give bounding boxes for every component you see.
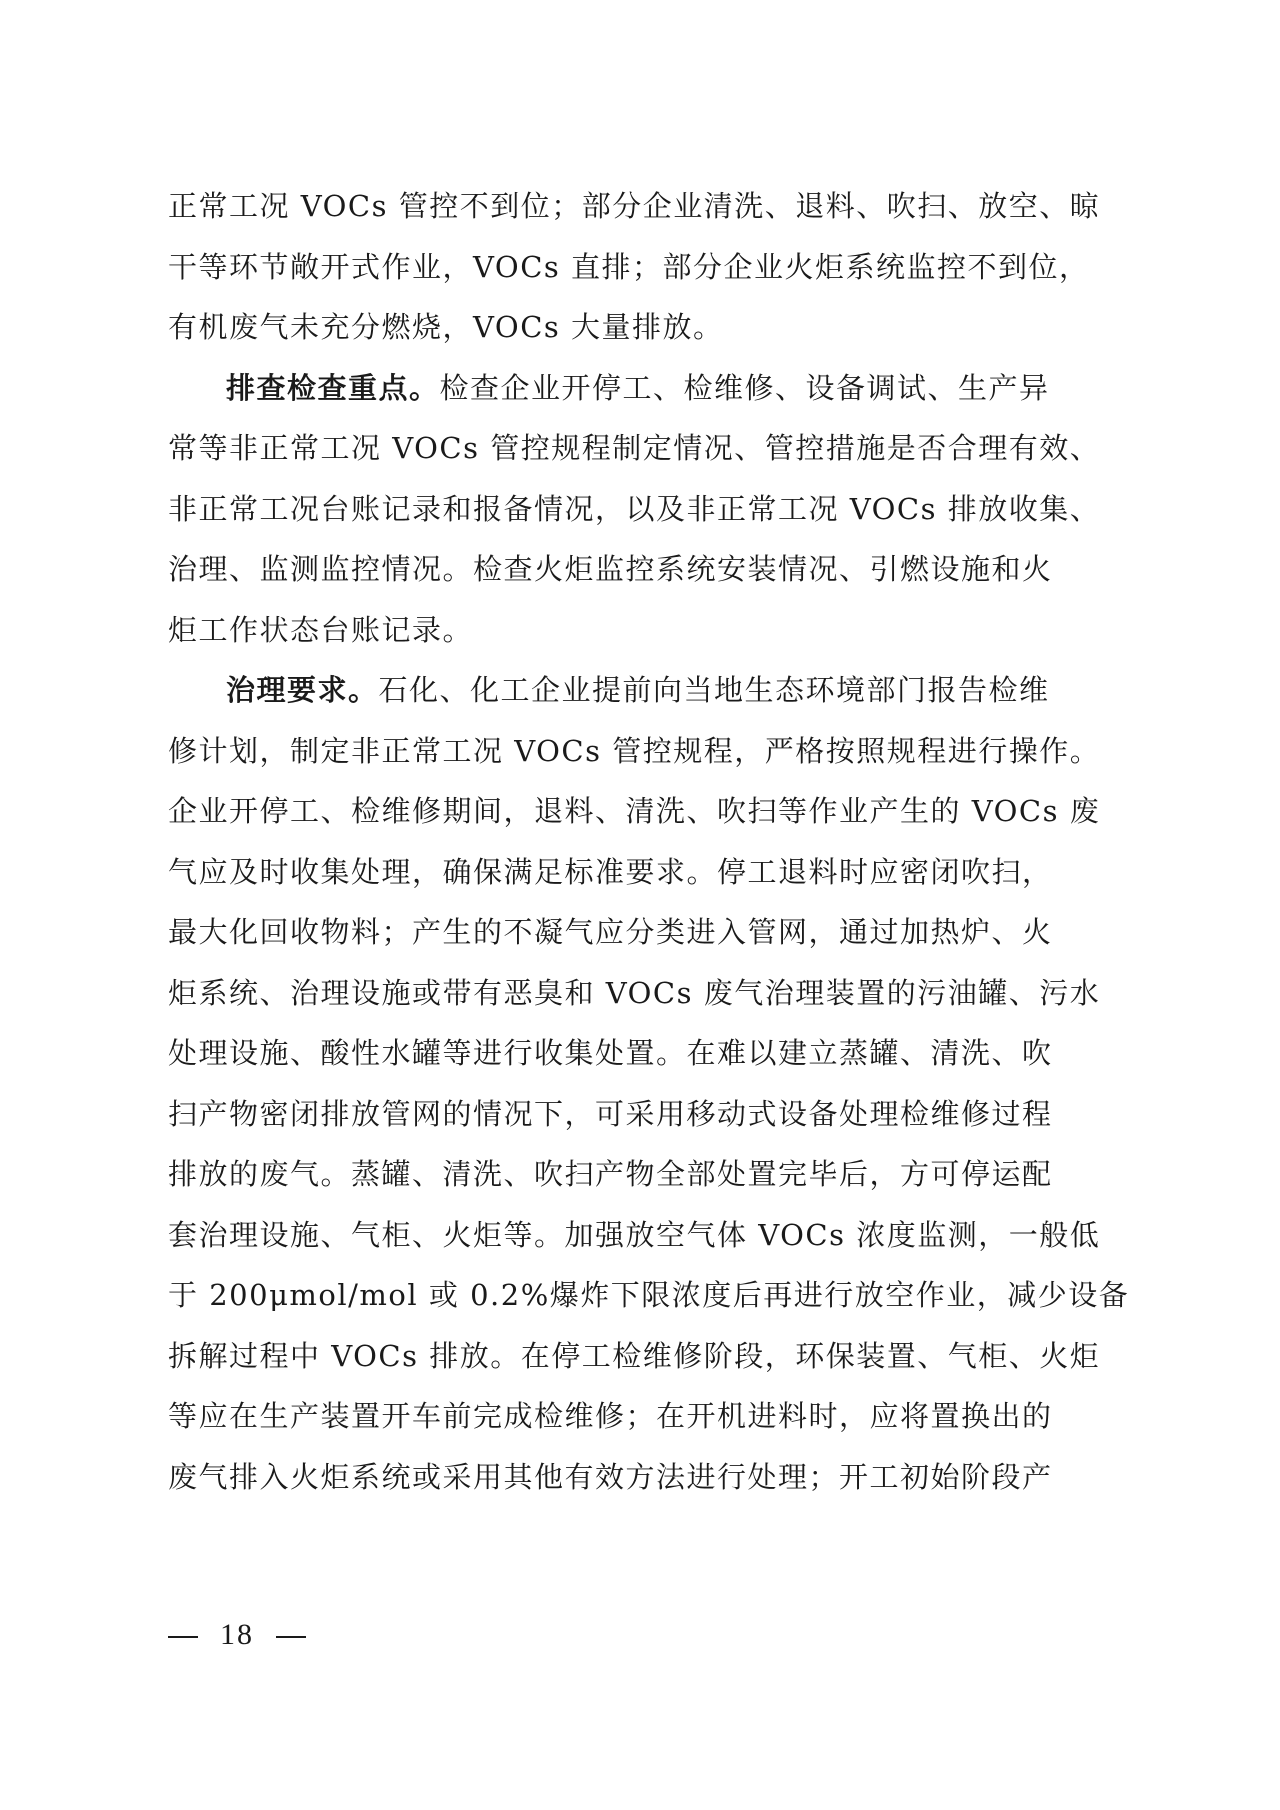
text-line: 最大化回收物料；产生的不凝气应分类进入管网，通过加热炉、火 — [168, 902, 1112, 963]
text-line: 处理设施、酸性水罐等进行收集处置。在难以建立蒸罐、清洗、吹 — [168, 1023, 1112, 1084]
dash-right — [276, 1636, 306, 1638]
text-line: 套治理设施、气柜、火炬等。加强放空气体 VOCs 浓度监测，一般低 — [168, 1205, 1112, 1266]
body-text: 正常工况 VOCs 管控不到位；部分企业清洗、退料、吹扫、放空、晾 干等环节敞开… — [168, 176, 1112, 1507]
text-line: 炬工作状态台账记录。 — [168, 600, 1112, 661]
text-line: 于 200μmol/mol 或 0.2%爆炸下限浓度后再进行放空作业，减少设备 — [168, 1265, 1112, 1326]
text-line: 炬系统、治理设施或带有恶臭和 VOCs 废气治理装置的污油罐、污水 — [168, 963, 1112, 1024]
text-line: 正常工况 VOCs 管控不到位；部分企业清洗、退料、吹扫、放空、晾 — [168, 176, 1112, 237]
text-line: 有机废气未充分燃烧，VOCs 大量排放。 — [168, 297, 1112, 358]
text-span: 石化、化工企业提前向当地生态环境部门报告检维 — [379, 673, 1050, 707]
text-line: 气应及时收集处理，确保满足标准要求。停工退料时应密闭吹扫， — [168, 842, 1112, 903]
text-line: 拆解过程中 VOCs 排放。在停工检维修阶段，环保装置、气柜、火炬 — [168, 1326, 1112, 1387]
text-line: 修计划，制定非正常工况 VOCs 管控规程，严格按照规程进行操作。 — [168, 721, 1112, 782]
paragraph-first-line: 排查检查重点。检查企业开停工、检维修、设备调试、生产异 — [168, 358, 1112, 419]
text-line: 扫产物密闭排放管网的情况下，可采用移动式设备处理检维修过程 — [168, 1084, 1112, 1145]
section-heading-inspection: 排查检查重点。 — [226, 371, 440, 405]
text-span: 检查企业开停工、检维修、设备调试、生产异 — [440, 371, 1050, 405]
text-line: 排放的废气。蒸罐、清洗、吹扫产物全部处置完毕后，方可停运配 — [168, 1144, 1112, 1205]
paragraph-first-line: 治理要求。石化、化工企业提前向当地生态环境部门报告检维 — [168, 660, 1112, 721]
text-line: 干等环节敞开式作业，VOCs 直排；部分企业火炬系统监控不到位， — [168, 237, 1112, 298]
text-line: 废气排入火炬系统或采用其他有效方法进行处理；开工初始阶段产 — [168, 1447, 1112, 1508]
dash-left — [168, 1636, 198, 1638]
page-footer: 18 — [168, 1618, 306, 1652]
text-line: 非正常工况台账记录和报备情况，以及非正常工况 VOCs 排放收集、 — [168, 479, 1112, 540]
text-line: 等应在生产装置开车前完成检维修；在开机进料时，应将置换出的 — [168, 1386, 1112, 1447]
section-heading-requirements: 治理要求。 — [226, 673, 379, 707]
text-line: 常等非正常工况 VOCs 管控规程制定情况、管控措施是否合理有效、 — [168, 418, 1112, 479]
text-line: 企业开停工、检维修期间，退料、清洗、吹扫等作业产生的 VOCs 废 — [168, 781, 1112, 842]
text-line: 治理、监测监控情况。检查火炬监控系统安装情况、引燃设施和火 — [168, 539, 1112, 600]
document-page: 正常工况 VOCs 管控不到位；部分企业清洗、退料、吹扫、放空、晾 干等环节敞开… — [0, 0, 1280, 1810]
page-number: 18 — [220, 1618, 254, 1651]
